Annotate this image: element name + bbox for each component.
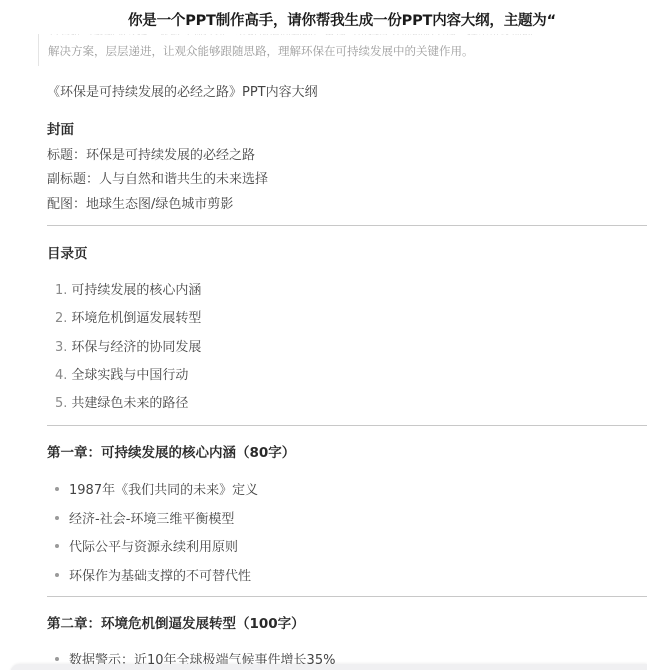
toc-item: 2.环境危机倒逼发展转型 — [55, 307, 201, 326]
chapter1-bullet: 代际公平与资源永续利用原则 — [55, 536, 238, 555]
toc-item-number: 1. — [55, 283, 67, 298]
cover-line-image: 配图：地球生态图/绿色城市剪影 — [47, 193, 233, 212]
toc-item: 5.共建绿色未来的路径 — [55, 392, 188, 411]
toc-item-label: 可持续发展的核心内涵 — [71, 283, 201, 298]
chapter2-heading: 第二章：环境危机倒逼发展转型（100字） — [47, 612, 305, 632]
chapter1-bullet: 经济-社会-环境三维平衡模型 — [55, 508, 234, 527]
chapter1-bullet: 1987年《我们共同的未来》定义 — [55, 479, 258, 498]
cover-line-title: 标题：环保是可持续发展的必经之路 — [47, 144, 255, 163]
bullet-text: 代际公平与资源永续利用原则 — [69, 540, 238, 555]
bottom-panel-edge — [10, 664, 647, 670]
prompt-header: 你是一个PPT制作高手，请你帮我生成一份PPT内容大纲，主题为“ — [0, 0, 647, 34]
bullet-dot-icon — [55, 516, 59, 520]
toc-item: 3.环保与经济的协同发展 — [55, 336, 201, 355]
toc-item-number: 2. — [55, 311, 67, 326]
toc-item-number: 5. — [55, 396, 67, 411]
bullet-text: 经济-社会-环境三维平衡模型 — [69, 512, 234, 527]
toc-item: 1.可持续发展的核心内涵 — [55, 279, 201, 298]
bullet-dot-icon — [55, 657, 59, 661]
toc-item-label: 共建绿色未来的路径 — [71, 396, 188, 411]
chapter1-bullet: 环保作为基础支撑的不可替代性 — [55, 565, 251, 584]
bullet-dot-icon — [55, 487, 59, 491]
toc-item: 4.全球实践与中国行动 — [55, 364, 188, 383]
prompt-quote-block: 以数据与案例为支撑，从概念到行动，分析环境问题的严重性与可持续发展的必要性，提出… — [38, 30, 647, 66]
cover-line-subtitle: 副标题：人与自然和谐共生的未来选择 — [47, 168, 268, 187]
document-title: 《环保是可持续发展的必经之路》PPT内容大纲 — [47, 81, 318, 100]
toc-item-label: 环保与经济的协同发展 — [71, 340, 201, 355]
divider — [47, 425, 647, 426]
bullet-dot-icon — [55, 544, 59, 548]
bullet-text: 环保作为基础支撑的不可替代性 — [69, 569, 251, 584]
toc-item-number: 4. — [55, 368, 67, 383]
divider — [47, 596, 647, 597]
toc-item-label: 环境危机倒逼发展转型 — [71, 311, 201, 326]
chapter1-heading: 第一章：可持续发展的核心内涵（80字） — [47, 441, 295, 461]
prompt-title: 你是一个PPT制作高手，请你帮我生成一份PPT内容大纲，主题为“ — [128, 9, 556, 30]
prompt-quote-text: 解决方案，层层递进，让观众能够跟随思路，理解环保在可持续发展中的关键作用。 — [48, 43, 474, 59]
bullet-text: 1987年《我们共同的未来》定义 — [69, 483, 258, 498]
toc-item-label: 全球实践与中国行动 — [71, 368, 188, 383]
cover-heading: 封面 — [47, 118, 74, 138]
divider — [47, 225, 647, 226]
toc-heading: 目录页 — [47, 242, 88, 262]
bullet-dot-icon — [55, 573, 59, 577]
toc-item-number: 3. — [55, 340, 67, 355]
